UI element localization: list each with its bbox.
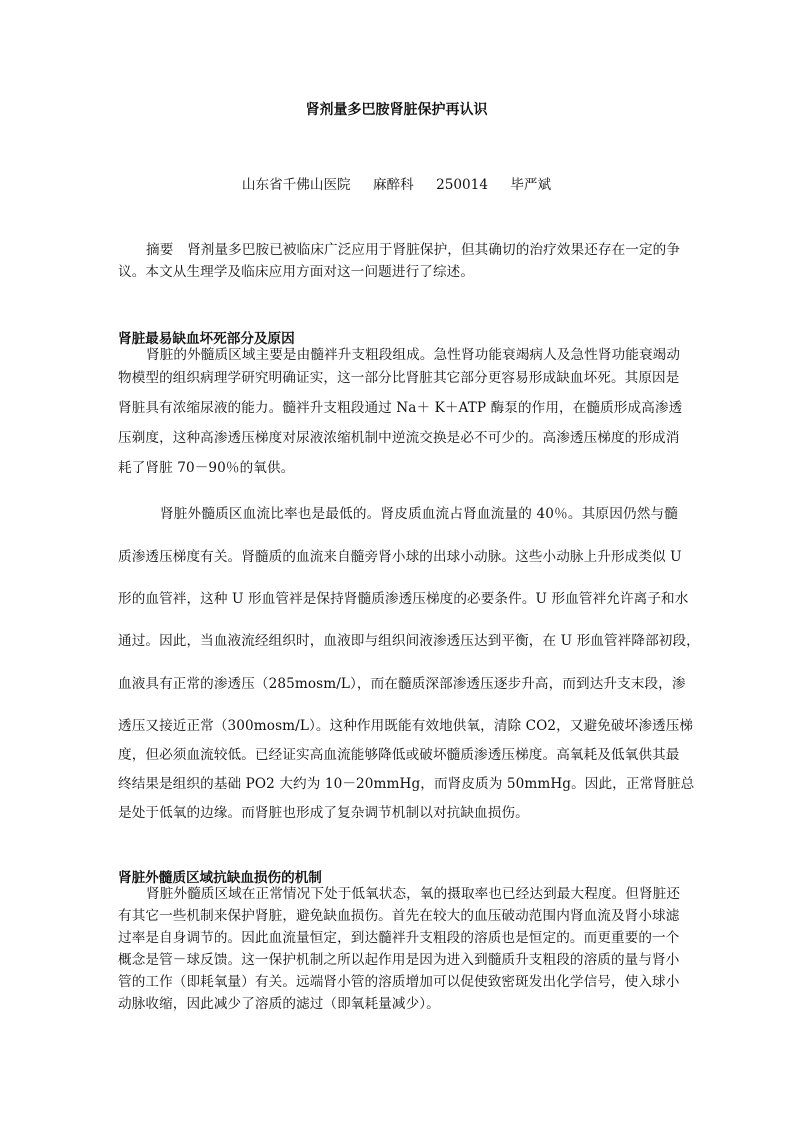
paragraph-line: 终结果是组织的基础 PO2 大约为 10－20mmHg，而肾皮质为 50mmHg… — [118, 775, 678, 793]
paragraph-line: 通过。因此，当血液流经组织时，血液即与组织间液渗透压达到平衡，在 U 形血管袢降… — [118, 632, 678, 650]
document-page: 肾剂量多巴胺肾脏保护再认识 山东省千佛山医院 麻醉科 250014 毕严斌 摘要… — [0, 0, 793, 1122]
abstract-line: 议。本文从生理学及临床应用方面对这一问题进行了综述。 — [118, 263, 678, 281]
paragraph-line: 质渗透压梯度有关。肾髓质的血流来自髓旁肾小球的出球小动脉。这些小动脉上升形成类似… — [118, 548, 678, 566]
author-line: 山东省千佛山医院 麻醉科 250014 毕严斌 — [0, 173, 793, 193]
paragraph-line: 耗了肾脏 70－90％的氧供。 — [118, 459, 678, 477]
department: 麻醉科 — [373, 177, 414, 193]
section-heading: 肾脏外髓质区域抗缺血损伤的机制 — [118, 866, 322, 886]
abstract-line: 摘要 肾剂量多巴胺已被临床广泛应用于肾脏保护，但其确切的治疗效果还存在一定的争 — [146, 241, 678, 259]
paragraph-line: 概念是管－球反馈。这一保护机制之所以起作用是因为进入到髓质升支粗段的溶质的量与肾… — [118, 951, 678, 969]
paragraph-line: 肾脏的外髓质区域主要是由髓袢升支粗段组成。急性肾功能衰竭病人及急性肾功能衰竭动 — [146, 346, 678, 364]
paragraph-line: 动脉收缩，因此减少了溶质的滤过（即氧耗量减少）。 — [118, 995, 678, 1013]
paragraph-line: 有其它一些机制来保护肾脏，避免缺血损伤。首先在较大的血压破动范围内肾血流及肾小球… — [118, 907, 678, 925]
paragraph-line: 管的工作（即耗氧量）有关。远端肾小管的溶质增加可以促使致密斑发出化学信号，使入球… — [118, 973, 678, 991]
paragraph-line: 肾脏具有浓缩尿液的能力。髓袢升支粗段通过 Na＋ K＋ATP 酶泵的作用，在髓质… — [118, 399, 678, 417]
paragraph-line: 物模型的组织病理学研究明确证实，这一部分比肾脏其它部分更容易形成缺血坏死。其原因… — [118, 369, 678, 387]
paragraph-line: 肾脏外髓质区域在正常情况下处于低氧状态，氧的摄取率也已经达到最大程度。但肾脏还 — [146, 885, 678, 903]
paragraph-line: 血液具有正常的渗透压（285mosm/L），而在髓质深部渗透压逐步升高，而到达升… — [118, 675, 678, 693]
paragraph-line: 肾脏外髓质区血流比率也是最低的。肾皮质血流占肾血流量的 40％。其原因仍然与髓 — [160, 505, 678, 523]
section-heading: 肾脏最易缺血坏死部分及原因 — [118, 327, 295, 347]
paragraph-line: 是处于低氧的边缘。而肾脏也形成了复杂调节机制以对抗缺血损伤。 — [118, 804, 678, 822]
paragraph-line: 透压又接近正常（300mosm/L）。这种作用既能有效地供氧，清除 CO2，又避… — [118, 717, 678, 735]
paragraph-line: 压剃度，这种高渗透压梯度对尿液浓缩机制中逆流交换是必不可少的。高渗透压梯度的形成… — [118, 429, 678, 447]
paragraph-line: 过率是自身调节的。因此血流量恒定，到达髓袢升支粗段的溶质也是恒定的。而更重要的一… — [118, 929, 678, 947]
postcode: 250014 — [436, 177, 488, 193]
document-title: 肾剂量多巴胺肾脏保护再认识 — [0, 99, 793, 119]
paragraph-line: 形的血管袢，这种 U 形血管袢是保持肾髓质渗透压梯度的必要条件。U 形血管袢允许… — [118, 590, 678, 608]
institution: 山东省千佛山医院 — [242, 177, 351, 193]
author-name: 毕严斌 — [510, 177, 551, 193]
paragraph-line: 度，但必须血流较低。已经证实高血流能够降低或破坏髓质渗透压梯度。高氧耗及低氧供其… — [118, 746, 678, 764]
